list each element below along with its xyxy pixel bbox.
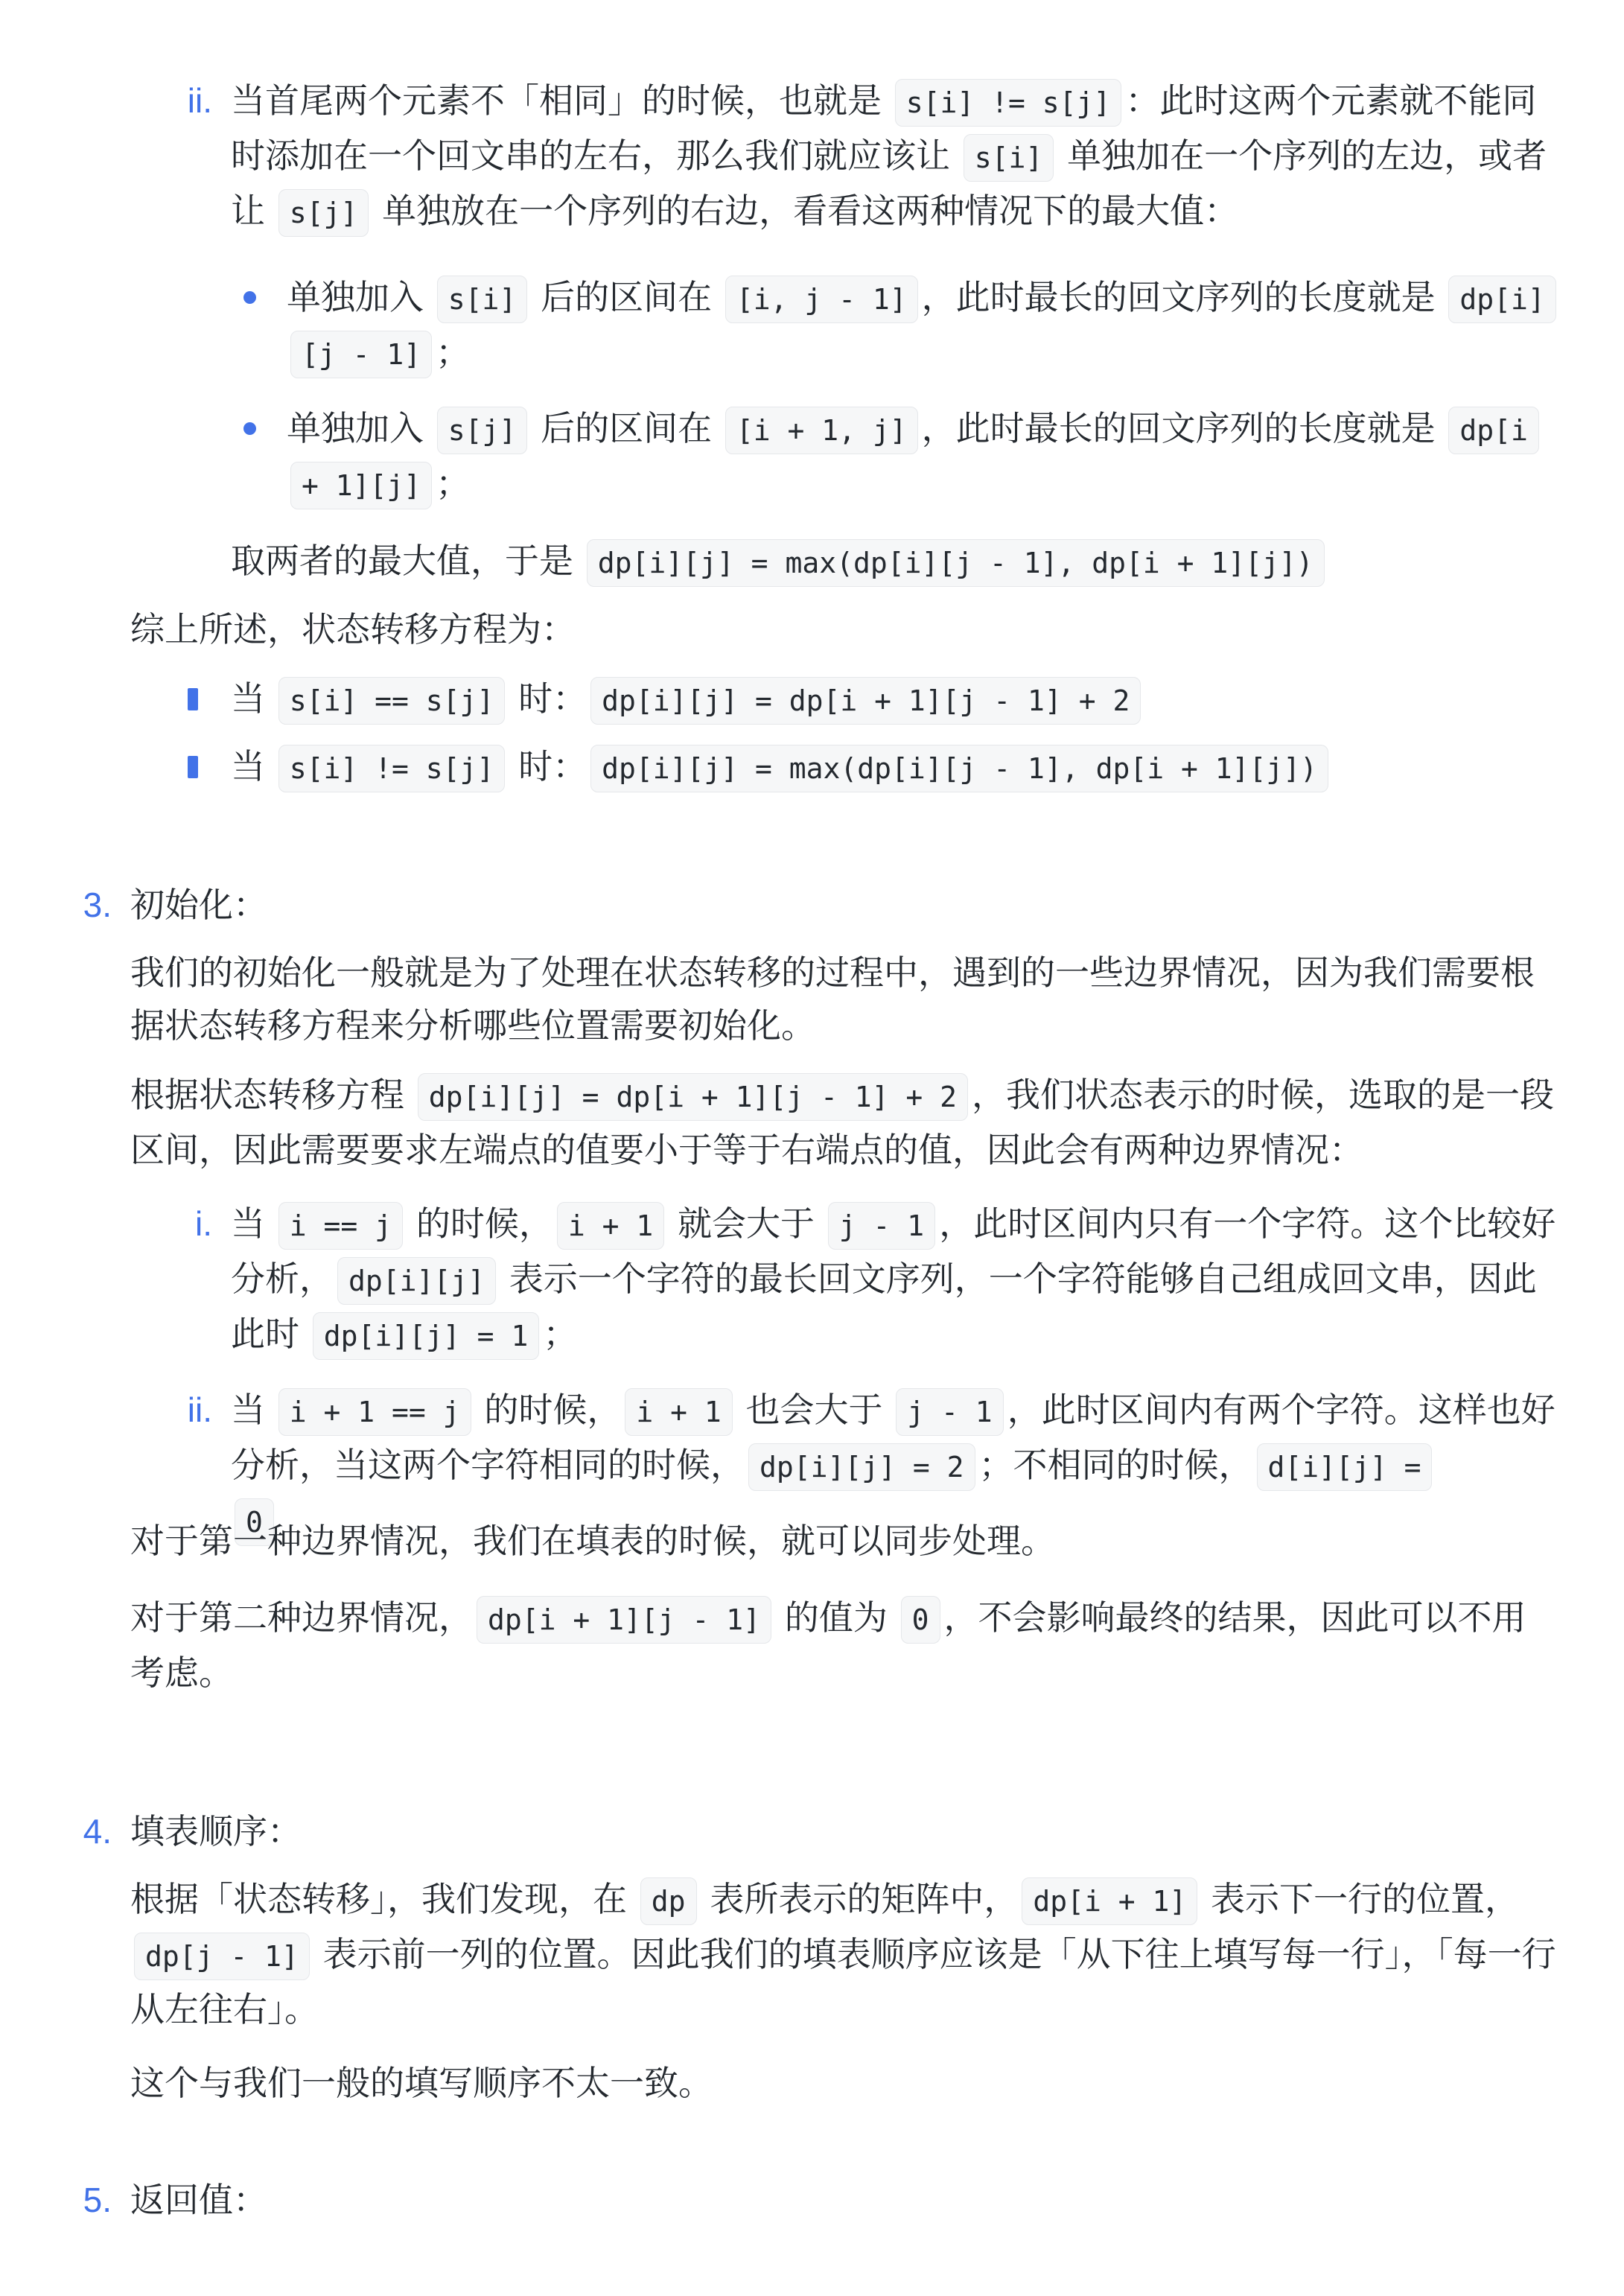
inline-code: dp[i][j] (337, 1257, 496, 1305)
inline-code: s[i] == s[j] (278, 677, 506, 725)
paragraph: 根据「状态转移」，我们发现，在 dp 表所表示的矩阵中，dp[i + 1] 表示… (0, 1873, 1557, 2036)
bullet-text: 单独加入 s[i] 后的区间在 [i, j - 1]，此时最长的回文序列的长度就… (287, 271, 1557, 381)
bullet-item-sj: 单独加入 s[j] 后的区间在 [i + 1, j]，此时最长的回文序列的长度就… (0, 402, 1557, 512)
inline-code: dp[i][j] = 2 (748, 1443, 975, 1491)
text-run: 的时候， (475, 1390, 622, 1429)
text-run: ，此时最长的回文序列的长度就是 (922, 409, 1445, 448)
paragraph-text: 这个与我们一般的填写顺序不太一致。 (130, 2057, 1557, 2110)
inline-code: 0 (901, 1596, 940, 1644)
bullet-dot-icon (243, 422, 256, 435)
roman-marker: i. (0, 1198, 212, 1250)
summary-lead-paragraph: 综上所述，状态转移方程为： (0, 603, 1557, 656)
text-run: 的值为 (775, 1598, 897, 1637)
section-title-text: 返回值： (130, 2174, 1557, 2227)
section-number: 5. (0, 2174, 112, 2227)
list-item-text: 当 i == j 的时候，i + 1 就会大于 j - 1，此时区间内只有一个字… (231, 1198, 1557, 1363)
inline-code: s[i] != s[j] (278, 745, 506, 792)
paragraph: 对于第二种边界情况，dp[i + 1][j - 1] 的值为 0，不会影响最终的… (0, 1591, 1557, 1699)
section-title-text: 填表顺序： (130, 1805, 1557, 1858)
inline-code: dp[i + 1] (1022, 1877, 1197, 1925)
paragraph: 这个与我们一般的填写顺序不太一致。 (0, 2057, 1557, 2110)
paragraph-text: 根据「状态转移」，我们发现，在 dp 表所表示的矩阵中，dp[i + 1] 表示… (130, 1873, 1557, 2036)
text-run: ； (543, 1314, 577, 1353)
text-run: 时： (509, 679, 587, 718)
inline-code: j - 1 (896, 1388, 1003, 1436)
paragraph: 根据状态转移方程 dp[i][j] = dp[i + 1][j - 1] + 2… (0, 1069, 1557, 1177)
text-run: 单独加入 (287, 278, 433, 317)
paragraph-text: 对于第一种边界情况，我们在填表的时候，就可以同步处理。 (130, 1515, 1557, 1568)
text-run: 单独放在一个序列的右边，看看这两种情况下的最大值： (372, 191, 1238, 230)
text-run: 当 (231, 747, 275, 786)
text-run: 当 (231, 1390, 275, 1429)
text-run: 表示前一列的位置。因此我们的填表顺序应该是「从下往上填写每一行」，「每一行从左往… (130, 1935, 1556, 2029)
bullet-item-si: 单独加入 s[i] 后的区间在 [i, j - 1]，此时最长的回文序列的长度就… (0, 271, 1557, 381)
section-4-title: 4. 填表顺序： (0, 1805, 1557, 1858)
section-title-text: 初始化： (130, 879, 1557, 932)
inline-code: [i + 1, j] (725, 407, 918, 454)
text-run: 后的区间在 (531, 409, 722, 448)
paragraph-text: 根据状态转移方程 dp[i][j] = dp[i + 1][j - 1] + 2… (130, 1069, 1557, 1177)
inline-code: s[i] (437, 276, 528, 323)
inline-code: i + 1 == j (278, 1388, 471, 1436)
bullet-text: 单独加入 s[j] 后的区间在 [i + 1, j]，此时最长的回文序列的长度就… (287, 402, 1557, 512)
text-run: 就会大于 (668, 1204, 824, 1243)
square-item-text: 当 s[i] == s[j] 时：dp[i][j] = dp[i + 1][j … (231, 672, 1557, 728)
inline-code: i + 1 (625, 1388, 732, 1436)
text-run: 当 (231, 1204, 275, 1243)
paragraph-text: 取两者的最大值，于是 dp[i][j] = max(dp[i][j - 1], … (231, 535, 1557, 590)
inline-code: d[i][j] = (1257, 1443, 1433, 1491)
paragraph: 对于第一种边界情况，我们在填表的时候，就可以同步处理。 (0, 1515, 1557, 1568)
text-run: ；不相同的时候， (979, 1446, 1253, 1484)
inline-code: j - 1 (828, 1202, 935, 1250)
text-run: ，此时最长的回文序列的长度就是 (922, 278, 1445, 317)
text-run: 表所表示的矩阵中， (701, 1880, 1019, 1918)
roman-list-item-i: i. 当 i == j 的时候，i + 1 就会大于 j - 1，此时区间内只有… (0, 1198, 1557, 1363)
inline-code: dp[i + 1][j - 1] (477, 1596, 771, 1644)
paragraph: 我们的初始化一般就是为了处理在状态转移的过程中，遇到的一些边界情况，因为我们需要… (0, 947, 1557, 1052)
text-run: 根据「状态转移」，我们发现，在 (130, 1880, 637, 1918)
text-run: 当 (231, 679, 275, 718)
text-run: 也会大于 (736, 1390, 893, 1429)
list-item-text: 当首尾两个元素不「相同」的时候，也就是 s[i] != s[j]：此时这两个元素… (231, 74, 1557, 240)
text-run: 后的区间在 (531, 278, 722, 317)
roman-marker: ii. (0, 1384, 212, 1437)
section-3-title: 3. 初始化： (0, 879, 1557, 932)
paragraph-text: 综上所述，状态转移方程为： (130, 603, 1557, 656)
text-run: ； (436, 333, 470, 372)
inline-code: dp[i][j] = max(dp[i][j - 1], dp[i + 1][j… (587, 539, 1325, 587)
roman-marker: ii. (0, 74, 212, 127)
square-bullet-icon (188, 688, 198, 710)
inline-code: dp[i][j] = dp[i + 1][j - 1] + 2 (590, 677, 1141, 725)
article-page: ii. 当首尾两个元素不「相同」的时候，也就是 s[i] != s[j]：此时这… (0, 0, 1624, 2296)
inline-code: dp[j - 1] (134, 1933, 310, 1980)
square-item-notequal-case: 当 s[i] != s[j] 时：dp[i][j] = max(dp[i][j … (0, 740, 1557, 795)
text-run: 根据状态转移方程 (130, 1075, 414, 1114)
max-value-line: 取两者的最大值，于是 dp[i][j] = max(dp[i][j - 1], … (0, 535, 1557, 590)
text-run: 表示下一行的位置， (1201, 1880, 1519, 1918)
inline-code: s[j] (437, 407, 528, 454)
paragraph-text: 对于第二种边界情况，dp[i + 1][j - 1] 的值为 0，不会影响最终的… (130, 1591, 1557, 1699)
square-bullet-icon (188, 756, 198, 778)
inline-code: i == j (278, 1202, 403, 1250)
bullet-dot-icon (243, 291, 256, 304)
inline-code: [i, j - 1] (725, 276, 918, 323)
text-run: 的时候， (407, 1204, 553, 1243)
roman-list-item-ii: ii. 当首尾两个元素不「相同」的时候，也就是 s[i] != s[j]：此时这… (0, 74, 1557, 240)
text-run: 时： (509, 747, 587, 786)
paragraph-text: 我们的初始化一般就是为了处理在状态转移的过程中，遇到的一些边界情况，因为我们需要… (130, 947, 1557, 1052)
inline-code: dp[i][j] = 1 (313, 1312, 540, 1360)
inline-code: s[j] (278, 189, 369, 237)
section-number: 3. (0, 879, 112, 932)
text-run: 取两者的最大值，于是 (231, 541, 583, 580)
section-5-title: 5. 返回值： (0, 2174, 1557, 2227)
inline-code: dp[i][j] = max(dp[i][j - 1], dp[i + 1][j… (590, 745, 1328, 792)
text-run: 单独加入 (287, 409, 433, 448)
square-item-equal-case: 当 s[i] == s[j] 时：dp[i][j] = dp[i + 1][j … (0, 672, 1557, 728)
inline-code: dp[i][j] = dp[i + 1][j - 1] + 2 (418, 1073, 968, 1121)
inline-code: i + 1 (557, 1202, 664, 1250)
roman-list-item-ii-boundary: ii. 当 i + 1 == j 的时候，i + 1 也会大于 j - 1，此时… (0, 1384, 1557, 1494)
text-run: ； (436, 464, 470, 503)
section-number: 4. (0, 1805, 112, 1858)
inline-code: s[i] (964, 134, 1054, 182)
text-run: 当首尾两个元素不「相同」的时候，也就是 (231, 81, 891, 120)
list-item-text: 当 i + 1 == j 的时候，i + 1 也会大于 j - 1，此时区间内有… (231, 1384, 1557, 1494)
inline-code: s[i] != s[j] (895, 79, 1122, 127)
inline-code: dp (640, 1877, 697, 1925)
square-item-text: 当 s[i] != s[j] 时：dp[i][j] = max(dp[i][j … (231, 740, 1557, 795)
text-run: 对于第二种边界情况， (130, 1598, 473, 1637)
